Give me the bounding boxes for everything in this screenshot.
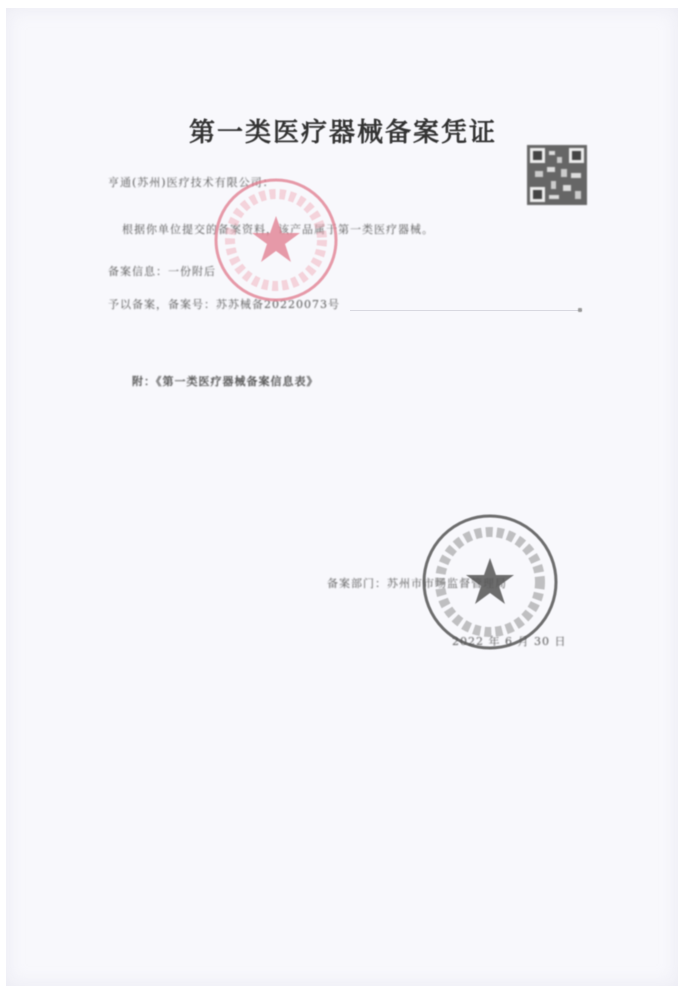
applicant-seal — [212, 176, 340, 304]
line-end-mark — [578, 308, 582, 312]
underline-divider — [350, 310, 582, 311]
filing-info: 备案信息：一份附后 — [108, 263, 216, 279]
qr-code-icon — [527, 145, 587, 205]
star-icon — [466, 558, 514, 604]
star-icon — [252, 216, 300, 262]
attachment-note: 附：《第一类医疗器械备案信息表》 — [132, 373, 319, 389]
authority-seal — [420, 512, 560, 652]
document-title: 第一类医疗器械备案凭证 — [0, 112, 686, 149]
